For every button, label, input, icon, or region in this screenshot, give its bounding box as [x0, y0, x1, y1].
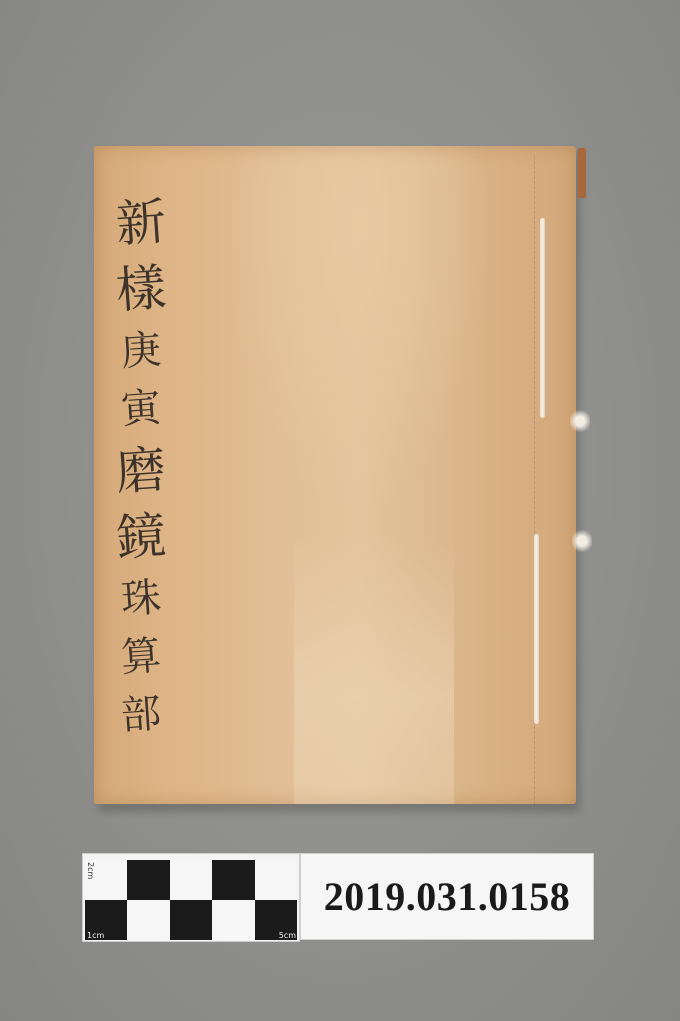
title-char: 算 [119, 627, 163, 688]
handwritten-title: 新 樣 庚 寅 磨 鏡 珠 算 部 [100, 190, 182, 800]
thread-tuft [572, 528, 592, 554]
scale-label-1cm: 1cm [87, 931, 104, 940]
title-char: 新 [114, 188, 168, 257]
cover-tab [578, 148, 586, 198]
thread-knot [570, 408, 590, 434]
scale-label-2cm: 2cm [86, 862, 95, 879]
binding-thread-upper [540, 218, 545, 418]
title-char: 磨 [114, 436, 168, 505]
checker-pattern [85, 860, 297, 940]
title-char: 庚 [119, 321, 163, 382]
title-char: 部 [119, 685, 163, 746]
title-char: 寅 [119, 379, 163, 440]
title-char: 珠 [119, 569, 163, 630]
scale-label-5cm: 5cm [279, 931, 296, 940]
title-char: 樣 [114, 254, 168, 323]
title-char: 鏡 [114, 502, 168, 571]
accession-label: 2019.031.0158 [300, 853, 594, 940]
accession-number: 2019.031.0158 [324, 873, 571, 920]
scale-bar: 2cm 1cm 5cm [82, 853, 300, 942]
binding-thread-lower [534, 534, 539, 724]
